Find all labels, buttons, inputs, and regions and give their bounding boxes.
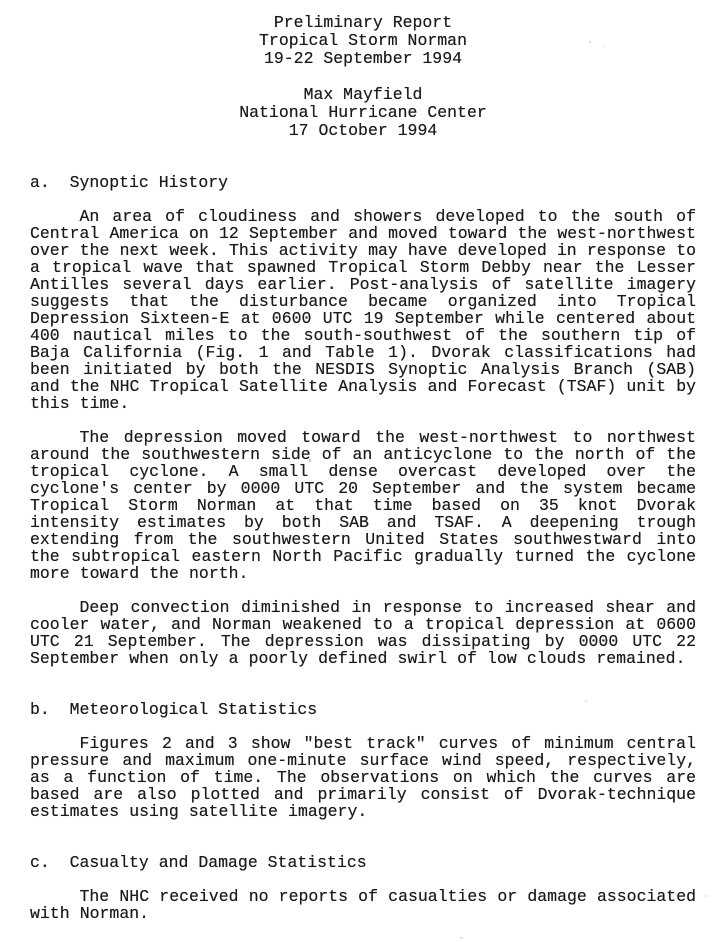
section-meteorological-statistics: b. Meteorological Statistics Figures 2 a… bbox=[30, 701, 696, 820]
storm-name: Tropical Storm Norman bbox=[30, 32, 696, 50]
section-casualty-damage-statistics: c. Casualty and Damage Statistics The NH… bbox=[30, 854, 696, 922]
paragraph: Figures 2 and 3 show "best track" curves… bbox=[30, 735, 696, 820]
scan-speck bbox=[460, 937, 463, 939]
storm-dates: 19-22 September 1994 bbox=[30, 50, 696, 68]
scan-speck bbox=[309, 459, 311, 462]
paragraph: Deep convection diminished in response t… bbox=[30, 599, 696, 667]
scan-speck bbox=[585, 700, 587, 702]
paragraph: An area of cloudiness and showers develo… bbox=[30, 208, 696, 412]
paragraph: The NHC received no reports of casualtie… bbox=[30, 888, 696, 922]
report-date: 17 October 1994 bbox=[30, 122, 696, 140]
scan-speck bbox=[561, 607, 563, 609]
scan-speck bbox=[589, 41, 591, 43]
section-heading-b: b. Meteorological Statistics bbox=[30, 701, 696, 718]
paragraph: The depression moved toward the west-nor… bbox=[30, 429, 696, 582]
document-byline: Max Mayfield National Hurricane Center 1… bbox=[30, 86, 696, 140]
section-synoptic-history: a. Synoptic History An area of cloudines… bbox=[30, 174, 696, 667]
author-organization: National Hurricane Center bbox=[30, 104, 696, 122]
scan-speck bbox=[705, 895, 707, 897]
author-name: Max Mayfield bbox=[30, 86, 696, 104]
section-heading-a: a. Synoptic History bbox=[30, 174, 696, 191]
section-heading-c: c. Casualty and Damage Statistics bbox=[30, 854, 696, 871]
report-title: Preliminary Report bbox=[30, 14, 696, 32]
scanned-document-page: Preliminary Report Tropical Storm Norman… bbox=[0, 0, 726, 942]
document-header: Preliminary Report Tropical Storm Norman… bbox=[30, 14, 696, 68]
scan-speck bbox=[603, 46, 605, 47]
